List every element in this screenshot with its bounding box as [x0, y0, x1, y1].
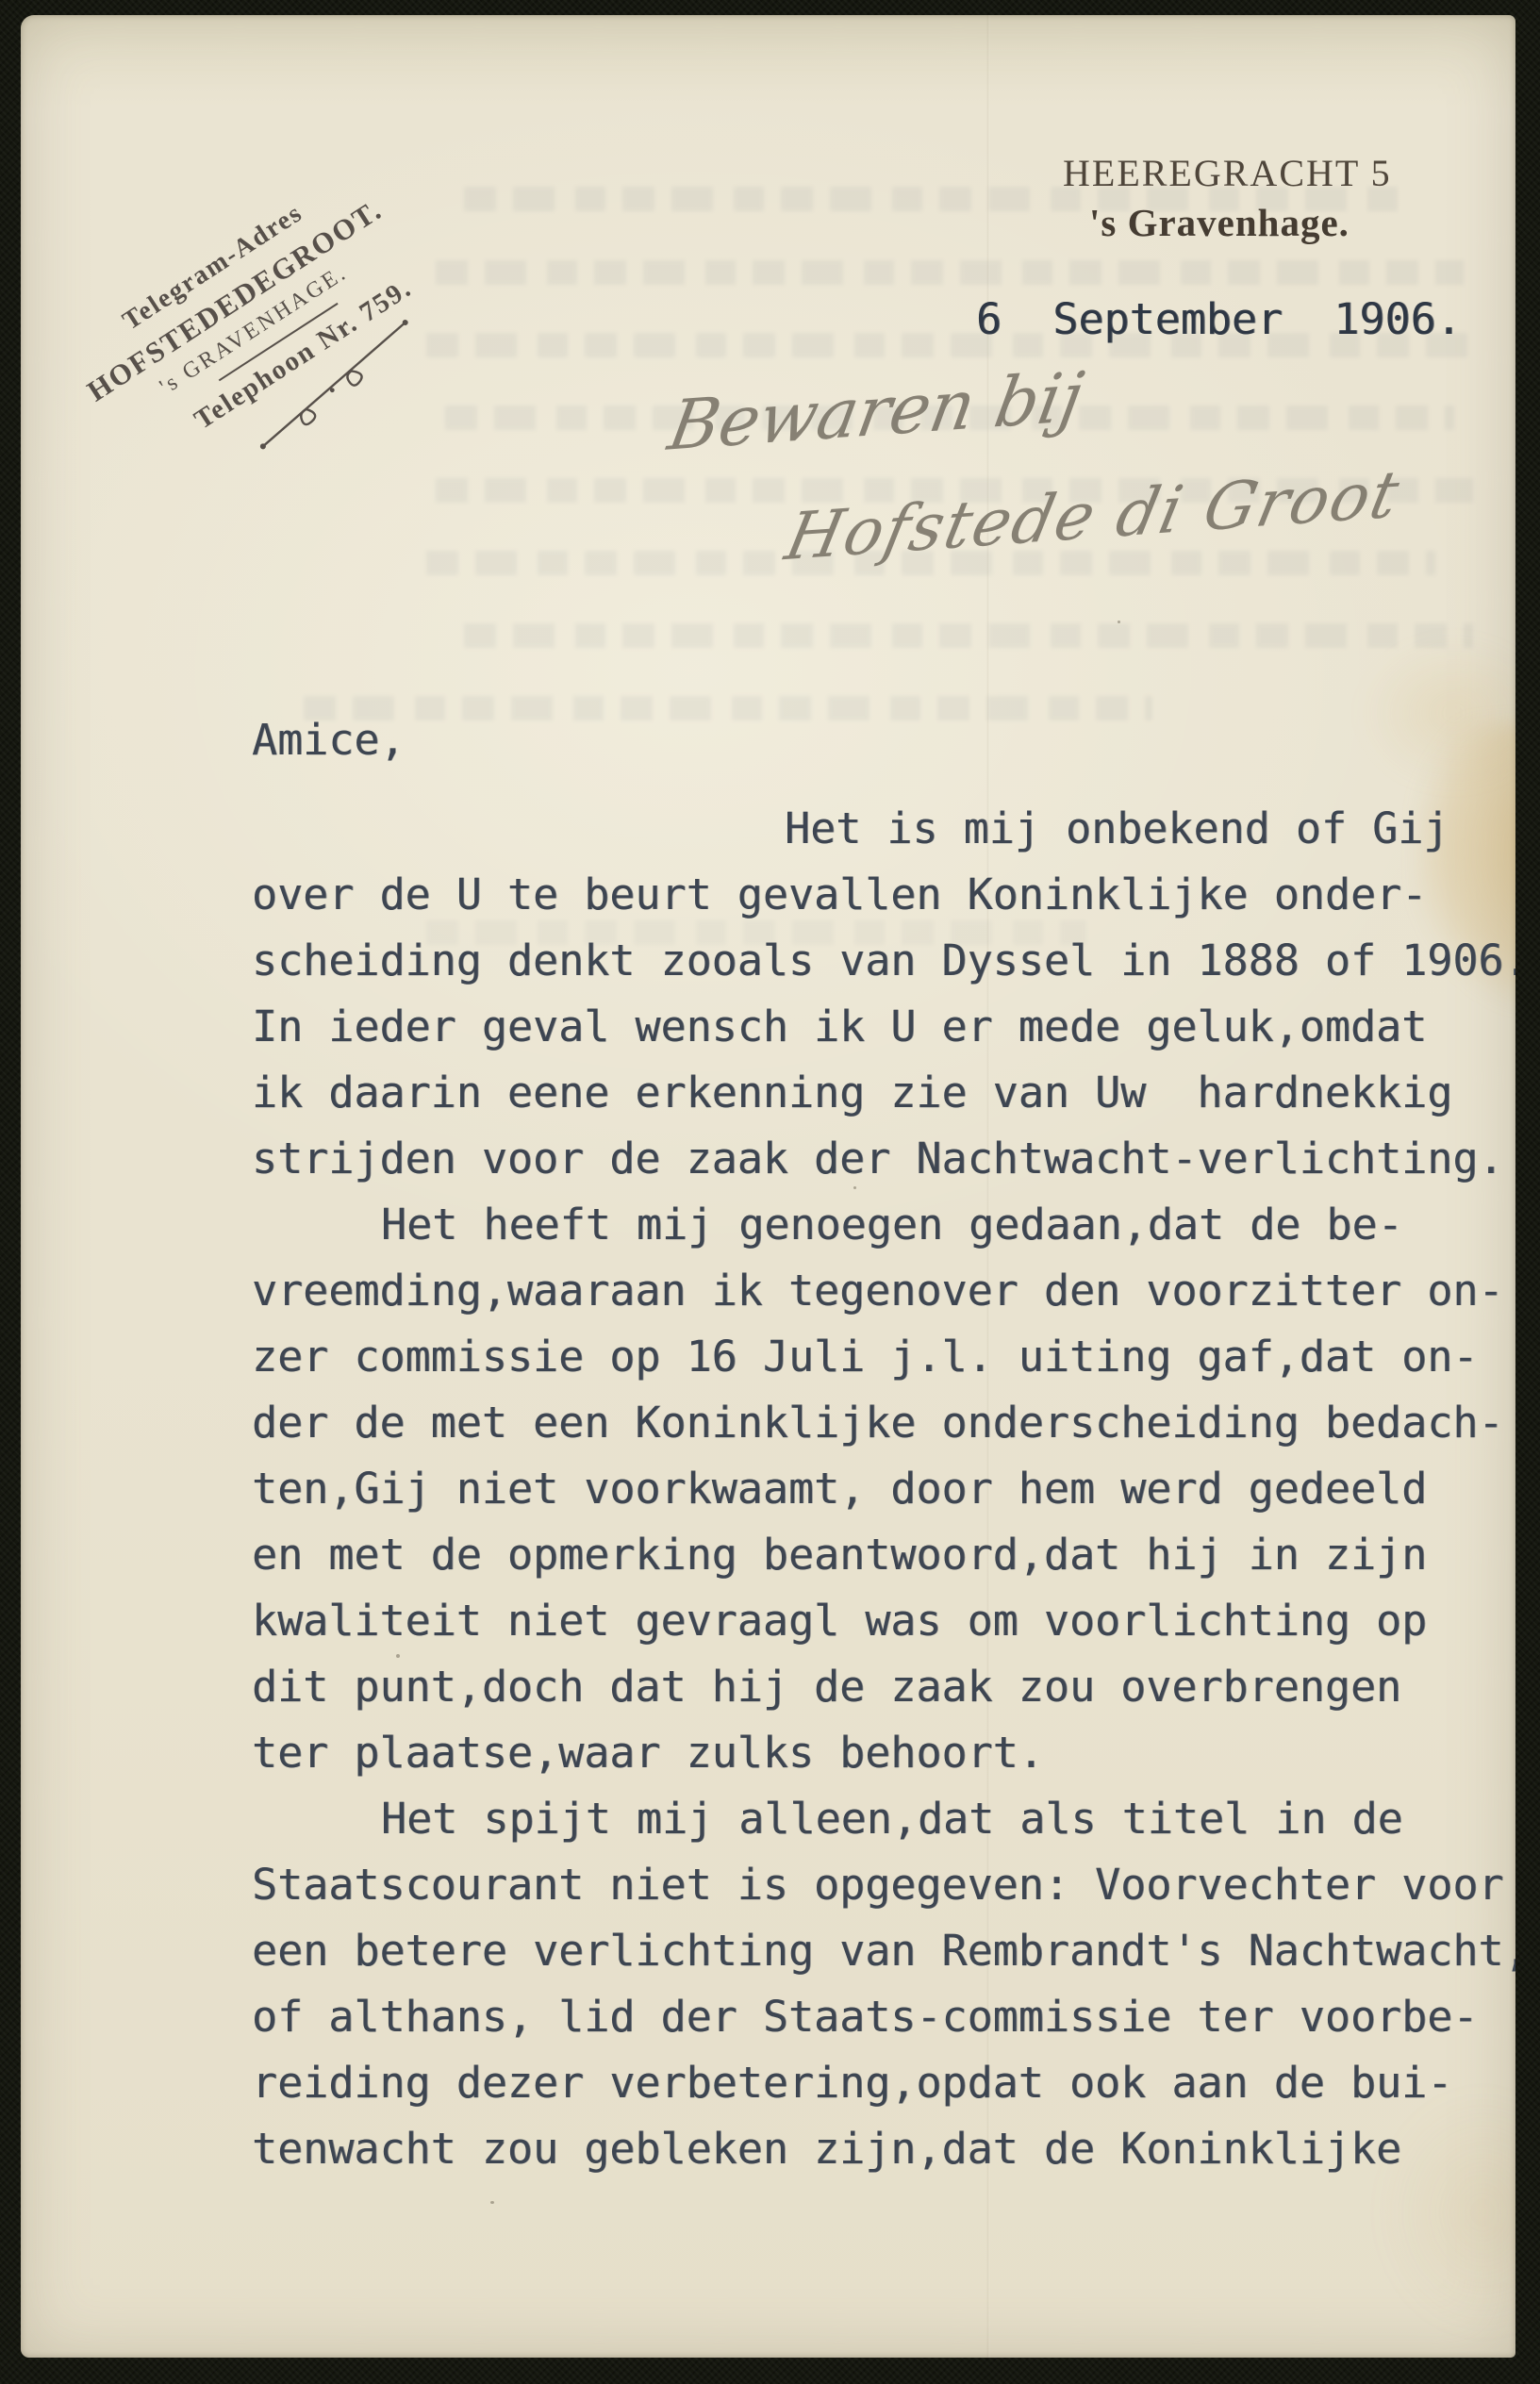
typewritten-line: Het spijt mij alleen,dat als titel in de	[252, 1786, 1515, 1852]
typewritten-line: kwaliteit niet gevraagl was om voorlicht…	[252, 1588, 1515, 1654]
letterhead-address: HEEREGRACHT 5	[1063, 151, 1392, 195]
letter-paper: Telegram-Adres HOFSTEDEDEGROOT. 's GRAVE…	[21, 15, 1515, 2358]
speck	[1118, 621, 1120, 623]
bleed-through-text	[436, 260, 1464, 285]
typewritten-line: over de U te beurt gevallen Koninklijke …	[252, 862, 1515, 928]
scan-backdrop: Telegram-Adres HOFSTEDEDEGROOT. 's GRAVE…	[0, 0, 1540, 2384]
stain	[1360, 637, 1515, 788]
typewritten-line: zer commissie op 16 Juli j.l. uiting gaf…	[252, 1324, 1515, 1390]
typewritten-line: Het heeft mij genoegen gedaan,dat de be-	[252, 1192, 1515, 1258]
letter-body: Het is mij onbekend of Gijover de U te b…	[252, 796, 1515, 2182]
letterhead-city: 's Gravenhage.	[1089, 200, 1350, 245]
typewritten-line: strijden voor de zaak der Nachtwacht-ver…	[252, 1126, 1515, 1192]
typewritten-line: ik daarin eene erkenning zie van Uw hard…	[252, 1060, 1515, 1126]
pencil-annotation-line1: Bewaren bij	[663, 356, 1089, 466]
typewritten-line: scheiding denkt zooals van Dyssel in 188…	[252, 928, 1515, 994]
speck	[490, 2201, 494, 2204]
typewritten-line: of althans, lid der Staats-commissie ter…	[252, 1984, 1515, 2050]
bleed-through-text	[304, 696, 1152, 720]
date-line: 6 September 1906.	[976, 294, 1462, 344]
typewritten-line: In ieder geval wensch ik U er mede geluk…	[252, 994, 1515, 1060]
telegram-stamp: Telegram-Adres HOFSTEDEDEGROOT. 's GRAVE…	[28, 155, 490, 522]
typewritten-line: der de met een Koninklijke onderscheidin…	[252, 1390, 1515, 1456]
typewritten-line: reiding dezer verbetering,opdat ook aan …	[252, 2050, 1515, 2116]
bleed-through-text	[464, 623, 1473, 648]
typewritten-line: Het is mij onbekend of Gij	[252, 796, 1515, 862]
typewritten-line: en met de opmerking beantwoord,dat hij i…	[252, 1522, 1515, 1588]
typewritten-line: vreemding,waaraan ik tegenover den voorz…	[252, 1258, 1515, 1324]
typewritten-line: ter plaatse,waar zulks behoort.	[252, 1720, 1515, 1786]
typewritten-line: tenwacht zou gebleken zijn,dat de Konink…	[252, 2116, 1515, 2182]
typewritten-line: een betere verlichting van Rembrandt's N…	[252, 1918, 1515, 1984]
typewritten-line: dit punt,doch dat hij de zaak zou overbr…	[252, 1654, 1515, 1720]
typewritten-line: ten,Gij niet voorkwaamt, door hem werd g…	[252, 1456, 1515, 1522]
typewritten-line: Staatscourant niet is opgegeven: Voorvec…	[252, 1852, 1515, 1918]
salutation: Amice,	[252, 715, 406, 765]
